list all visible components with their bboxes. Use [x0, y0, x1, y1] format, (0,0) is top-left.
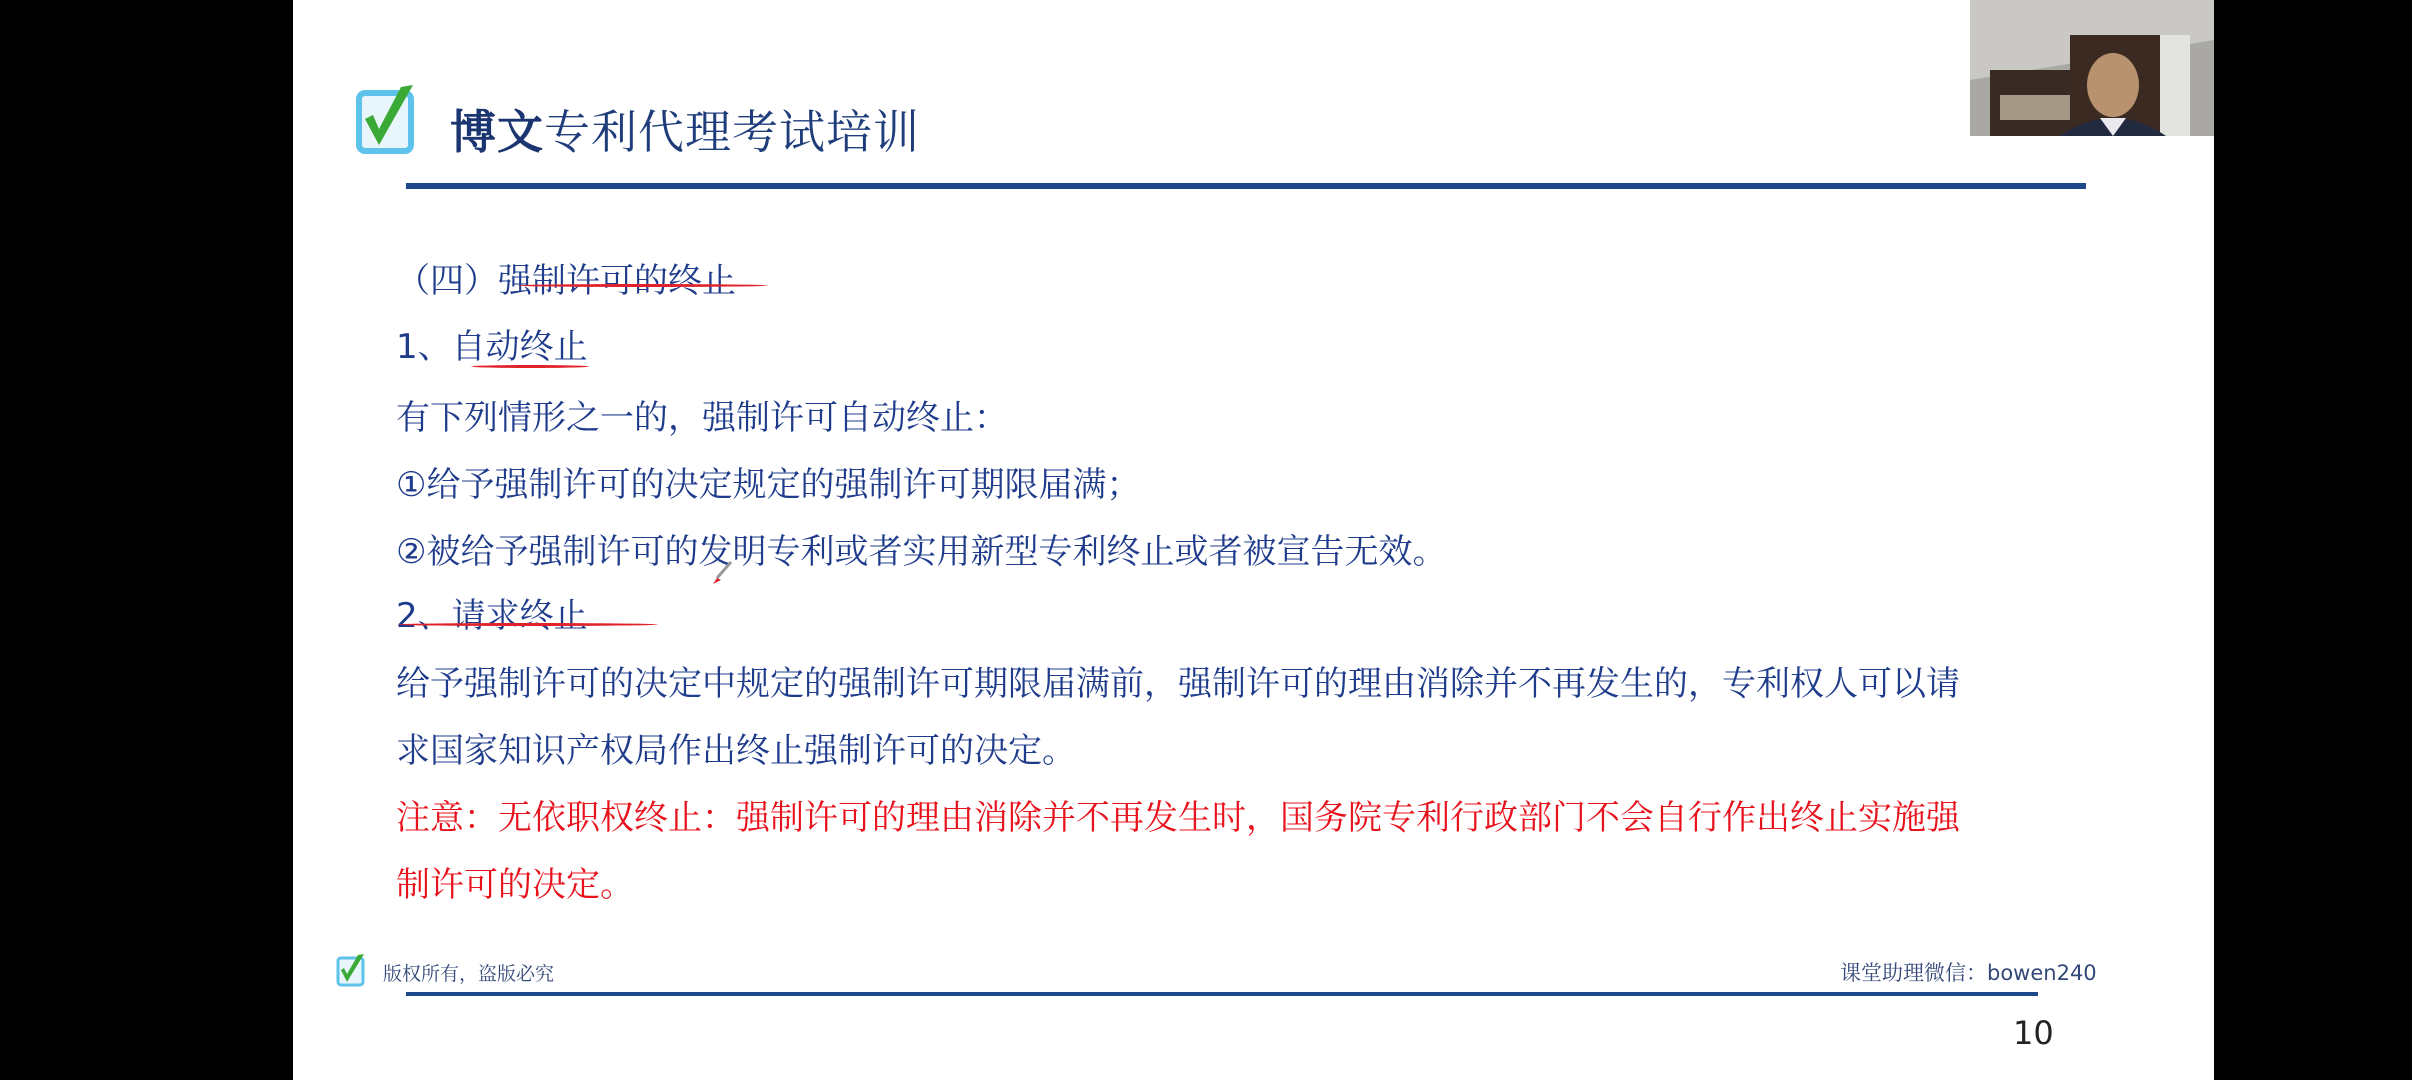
annotation-underline	[398, 623, 658, 626]
intro-text: 有下列情形之一的，强制许可自动终止：	[396, 390, 1008, 439]
presenter-webcam	[1970, 0, 2214, 136]
list-item-2: ②被给予强制许可的发明专利或者实用新型专利终止或者被宣告无效。	[396, 524, 1446, 573]
paragraph-line-2: 求国家知识产权局作出终止强制许可的决定。	[396, 723, 1076, 772]
note-line-1: 注意：无依职权终止：强制许可的理由消除并不再发生时，国务院专利行政部门不会自行作…	[396, 790, 1960, 839]
heading-request-termination: 2、请求终止	[396, 588, 588, 637]
page-number: 10	[2013, 1014, 2054, 1052]
footer-checkbox-icon	[336, 953, 366, 987]
copyright-text: 版权所有，盗版必究	[383, 959, 554, 986]
checkbox-logo-icon	[355, 83, 417, 155]
assistant-wechat-text: 课堂助理微信：bowen240	[1840, 957, 2097, 987]
annotation-underline	[471, 365, 589, 368]
brand-bold: 博文	[450, 105, 544, 159]
presenter-video-icon	[1970, 0, 2214, 136]
brand-rest: 专利代理考试培训	[544, 105, 920, 159]
annotation-underline	[518, 284, 768, 287]
pen-cursor-icon	[711, 560, 735, 586]
slide: 博文专利代理考试培训 （四）强制许可的终止 1、自动终止 有下列情形之一的，强制…	[293, 0, 2214, 1080]
note-line-2: 制许可的决定。	[396, 857, 634, 906]
list-item-1: ①给予强制许可的决定规定的强制许可期限届满；	[396, 457, 1140, 506]
paragraph-line-1: 给予强制许可的决定中规定的强制许可期限届满前，强制许可的理由消除并不再发生的，专…	[396, 656, 1960, 705]
heading-auto-termination: 1、自动终止	[396, 319, 588, 368]
brand-title: 博文专利代理考试培训	[450, 96, 920, 162]
section-title: （四）强制许可的终止	[396, 253, 736, 302]
header-rule	[406, 183, 2086, 189]
footer-rule	[406, 992, 2038, 996]
